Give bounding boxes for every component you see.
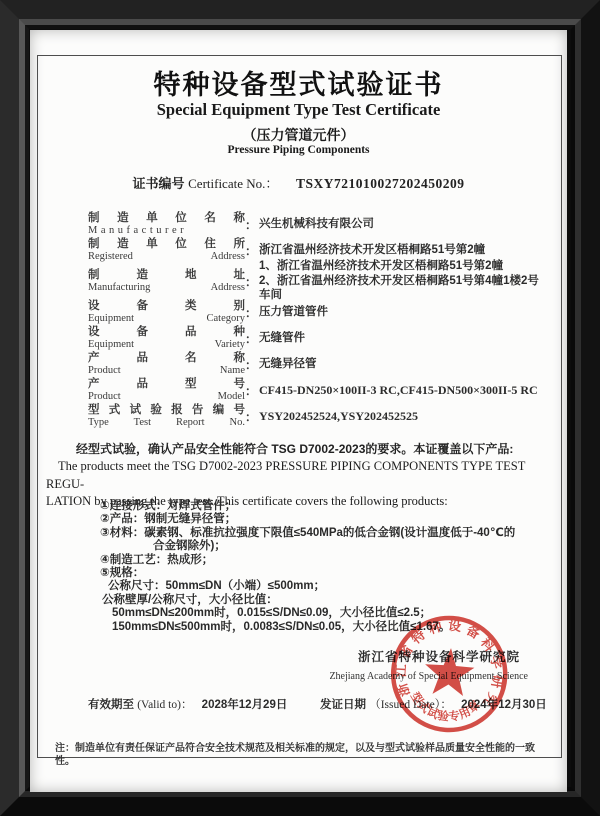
field-label-en: Product Model	[88, 391, 245, 403]
issuer-name-cn: 浙江省特种设备科学研究院	[358, 647, 520, 665]
issued-label-cn: 发证日期	[320, 699, 366, 711]
framed-certificate: 特种设备型式试验证书 Special Equipment Type Test C…	[0, 0, 600, 816]
product-item-ratio-2: 150mm≤DN≤500mm时，0.0083≤S/DN≤0.05，大小径比值≤1…	[112, 621, 555, 634]
field-row-type-test-report-no: 型式试验报告编号 Type Test Report No. ： YSY20245…	[88, 403, 547, 429]
issued-label-en: （Issued Date）：	[369, 699, 452, 711]
product-item-product: ②产品：钢制无缝异径管；	[100, 513, 555, 526]
field-value: YSY202452524,YSY202452525	[255, 409, 547, 424]
field-value: CF415-DN250×100II-3 RC,CF415-DN500×300II…	[255, 383, 547, 398]
field-label-en: Equipment Variety	[88, 339, 245, 351]
field-label-en: Manufacturing Address	[88, 282, 245, 294]
field-label-cn: 设备品种	[88, 326, 245, 339]
product-item-connection: ①连接形式：对焊式管件；	[100, 500, 555, 513]
certificate-number-value: TSXY721010027202450209	[296, 176, 465, 191]
field-label-en: Type Test Report No.	[88, 417, 245, 429]
field-label-cn: 型式试验报告编号	[88, 404, 245, 417]
field-label-cn: 制造地址	[88, 269, 245, 282]
statement-cn: 经型式试验，确认产品安全性能符合 TSG D7002-2023的要求。本证覆盖以…	[46, 441, 553, 458]
certificate-subtitle-cn: （压力管道元件）	[30, 125, 567, 145]
issued-date: 2024年12月30日	[461, 699, 547, 711]
field-row-equipment-variety: 设备品种 Equipment Variety ： 无缝管件	[88, 325, 547, 351]
footer-note: 注：制造单位有责任保证产品符合安全技术规范及相关标准的规定，以及与型式试验样品质…	[55, 742, 553, 768]
field-value: 兴生机械科技有限公司	[255, 217, 547, 232]
product-item-nominal-size: 公称尺寸：50mm≤DN（小端）≤500mm；	[108, 580, 555, 593]
field-value: 压力管道管件	[255, 305, 547, 320]
field-colon: ：	[245, 216, 255, 233]
certificate-title-en: Special Equipment Type Test Certificate	[30, 100, 567, 120]
field-colon: ：	[245, 382, 255, 399]
issuer-name-en: Zhejiang Academy of Special Equipment Sc…	[329, 671, 528, 682]
certificate-paper: 特种设备型式试验证书 Special Equipment Type Test C…	[30, 30, 567, 792]
field-colon: ：	[245, 408, 255, 425]
field-colon: ：	[245, 273, 255, 290]
field-label-cn: 设备类别	[88, 300, 245, 313]
covered-products-list: ①连接形式：对焊式管件； ②产品：钢制无缝异径管； ③材料：碳素钢、标准抗拉强度…	[100, 500, 555, 634]
field-value: 无缝异径管	[255, 357, 547, 372]
certificate-number-line: 证书编号 Certificate No.： TSXY72101002720245…	[30, 173, 567, 192]
product-item-spec-heading: ⑤规格：	[100, 567, 555, 580]
field-label-cn: 制造单位名称	[88, 212, 245, 225]
field-label-en: Equipment Category	[88, 313, 245, 325]
field-label-cn: 制造单位住所	[88, 238, 245, 251]
field-row-equipment-category: 设备类别 Equipment Category ： 压力管道管件	[88, 299, 547, 325]
field-label-en: Manufacturer	[88, 225, 245, 237]
field-value: 1、浙江省温州经济技术开发区梧桐路51号第2幢 2、浙江省温州经济技术开发区梧桐…	[255, 259, 547, 303]
valid-to-date: 2028年12月29日	[202, 699, 288, 711]
product-item-process: ④制造工艺：热成形；	[100, 554, 555, 567]
certificate-number-label-en: Certificate No.：	[188, 176, 278, 191]
product-item-ratio-1: 50mm≤DN≤200mm时，0.015≤S/DN≤0.09，大小径比值≤2.5…	[112, 607, 555, 620]
field-label-en: Registered Address	[88, 251, 245, 263]
field-label-cn: 产品名称	[88, 352, 245, 365]
valid-to-label-cn: 有效期至	[88, 699, 134, 711]
certificate-number-label-cn: 证书编号	[132, 176, 184, 191]
valid-to-label-en: (Valid to)：	[137, 699, 192, 711]
field-label-cn: 产品型号	[88, 378, 245, 391]
certificate-subtitle-en: Pressure Piping Components	[30, 144, 567, 156]
issued-date-line: 发证日期 （Issued Date）： 2024年12月30日	[320, 696, 547, 712]
field-value: 无缝管件	[255, 331, 547, 346]
field-colon: ：	[245, 356, 255, 373]
product-item-material: ③材料：碳素钢、标准抗拉强度下限值≤540MPa的低合金钢(设计温度低于-40℃…	[100, 527, 555, 554]
valid-to-line: 有效期至 (Valid to)： 2028年12月29日	[88, 696, 287, 712]
certificate-title-cn: 特种设备型式试验证书	[30, 63, 567, 102]
product-item-ratio-heading: 公称壁厚/公称尺寸，大小径比值：	[102, 594, 555, 607]
field-row-manufacturing-address: 制造地址 Manufacturing Address ： 1、浙江省温州经济技术…	[88, 263, 547, 299]
field-value: 浙江省温州经济技术开发区梧桐路51号第2幢	[255, 243, 547, 258]
field-row-product-model: 产品型号 Product Model ： CF415-DN250×100II-3…	[88, 377, 547, 403]
field-colon: ：	[245, 330, 255, 347]
field-colon: ：	[245, 242, 255, 259]
certificate-fields: 制造单位名称 Manufacturer ： 兴生机械科技有限公司 制造单位住所 …	[88, 211, 547, 429]
field-colon: ：	[245, 304, 255, 321]
field-row-manufacturer: 制造单位名称 Manufacturer ： 兴生机械科技有限公司	[88, 211, 547, 237]
field-label-en: Product Name	[88, 365, 245, 377]
field-row-product-name: 产品名称 Product Name ： 无缝异径管	[88, 351, 547, 377]
